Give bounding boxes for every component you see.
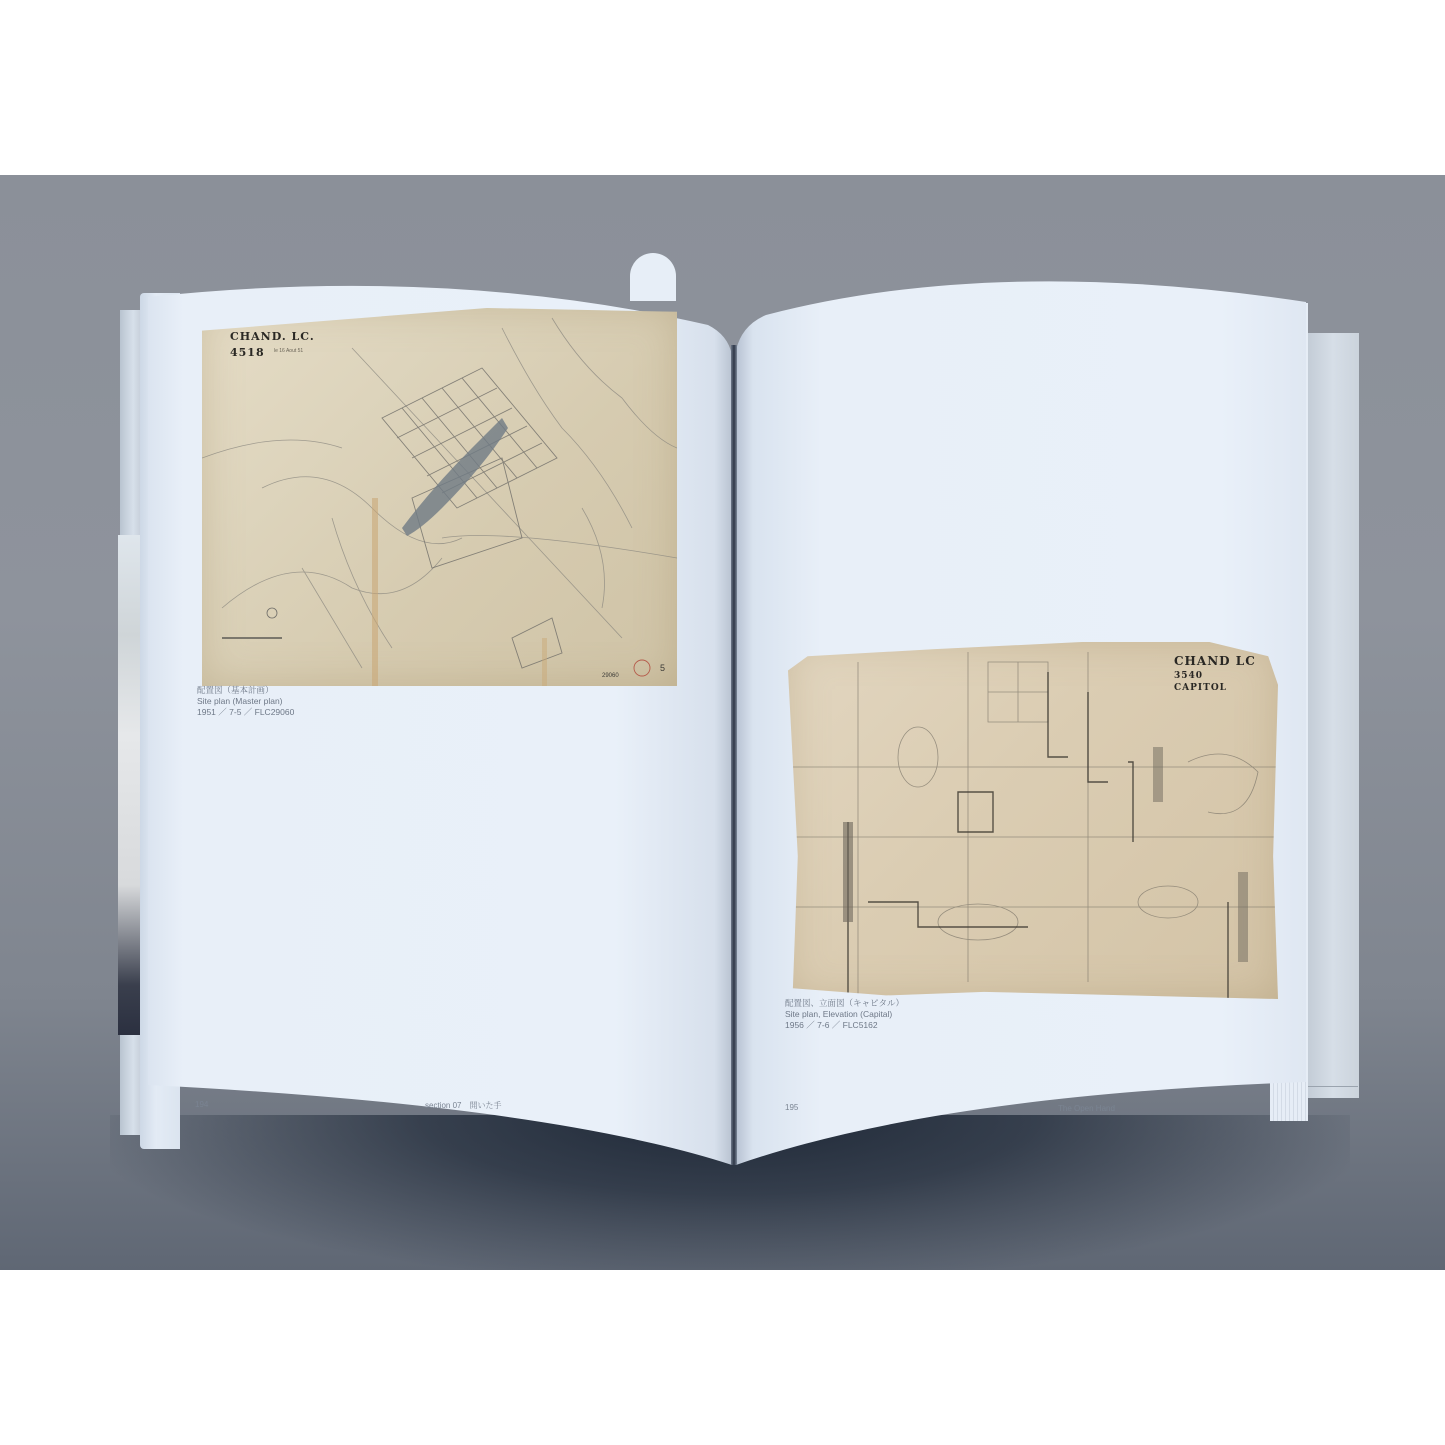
drawing-stamp-line2: 3540	[1174, 671, 1203, 681]
drawing-stamp-line2: 4518	[230, 346, 265, 359]
drawing-linework	[202, 308, 677, 686]
left-running-footer: section 07 開いた手	[425, 1100, 501, 1111]
drawing-stamp-line1: CHAND LC	[1174, 654, 1256, 668]
drawing-stamp-line1: CHAND. LC.	[230, 330, 315, 343]
drawing-sheet-code: 29060	[602, 673, 619, 679]
site-plan-master-drawing: CHAND. LC. 4518 le 16 Aout 51 29060 5	[202, 308, 677, 686]
caption-english: Site plan (Master plan)	[197, 696, 294, 707]
back-cover-right-edge	[1306, 333, 1359, 1098]
cover-fold-line	[1306, 1086, 1358, 1087]
right-running-footer: The Open Hand	[1058, 1104, 1115, 1113]
right-figure-caption: 配置図、立面図（キャピタル） Site plan, Elevation (Cap…	[785, 998, 904, 1031]
caption-japanese: 配置図、立面図（キャピタル）	[785, 998, 904, 1009]
drawing-corner-mark: 5	[660, 663, 665, 673]
caption-japanese: 配置図（基本計画）	[197, 685, 294, 696]
left-figure-caption: 配置図（基本計画） Site plan (Master plan) 1951 ／…	[197, 685, 294, 718]
cover-reflection	[118, 535, 142, 1035]
book-photo: CHAND. LC. 4518 le 16 Aout 51 29060 5 配置…	[0, 175, 1445, 1270]
site-plan-elevation-capitol-drawing: CHAND LC 3540 CAPITOL	[788, 642, 1278, 999]
drawing-linework	[788, 642, 1278, 999]
drawing-stamp-line3: CAPITOL	[1174, 683, 1227, 693]
caption-english: Site plan, Elevation (Capital)	[785, 1009, 904, 1020]
drawing-stamp-annotation: le 16 Aout 51	[274, 348, 303, 354]
page-tab	[630, 253, 676, 301]
caption-meta: 1956 ／ 7-6 ／ FLC5162	[785, 1020, 904, 1031]
caption-meta: 1951 ／ 7-5 ／ FLC29060	[197, 707, 294, 718]
right-page-number: 195	[785, 1103, 798, 1112]
left-page-number: 194	[195, 1100, 208, 1109]
book-gutter	[731, 345, 737, 1165]
